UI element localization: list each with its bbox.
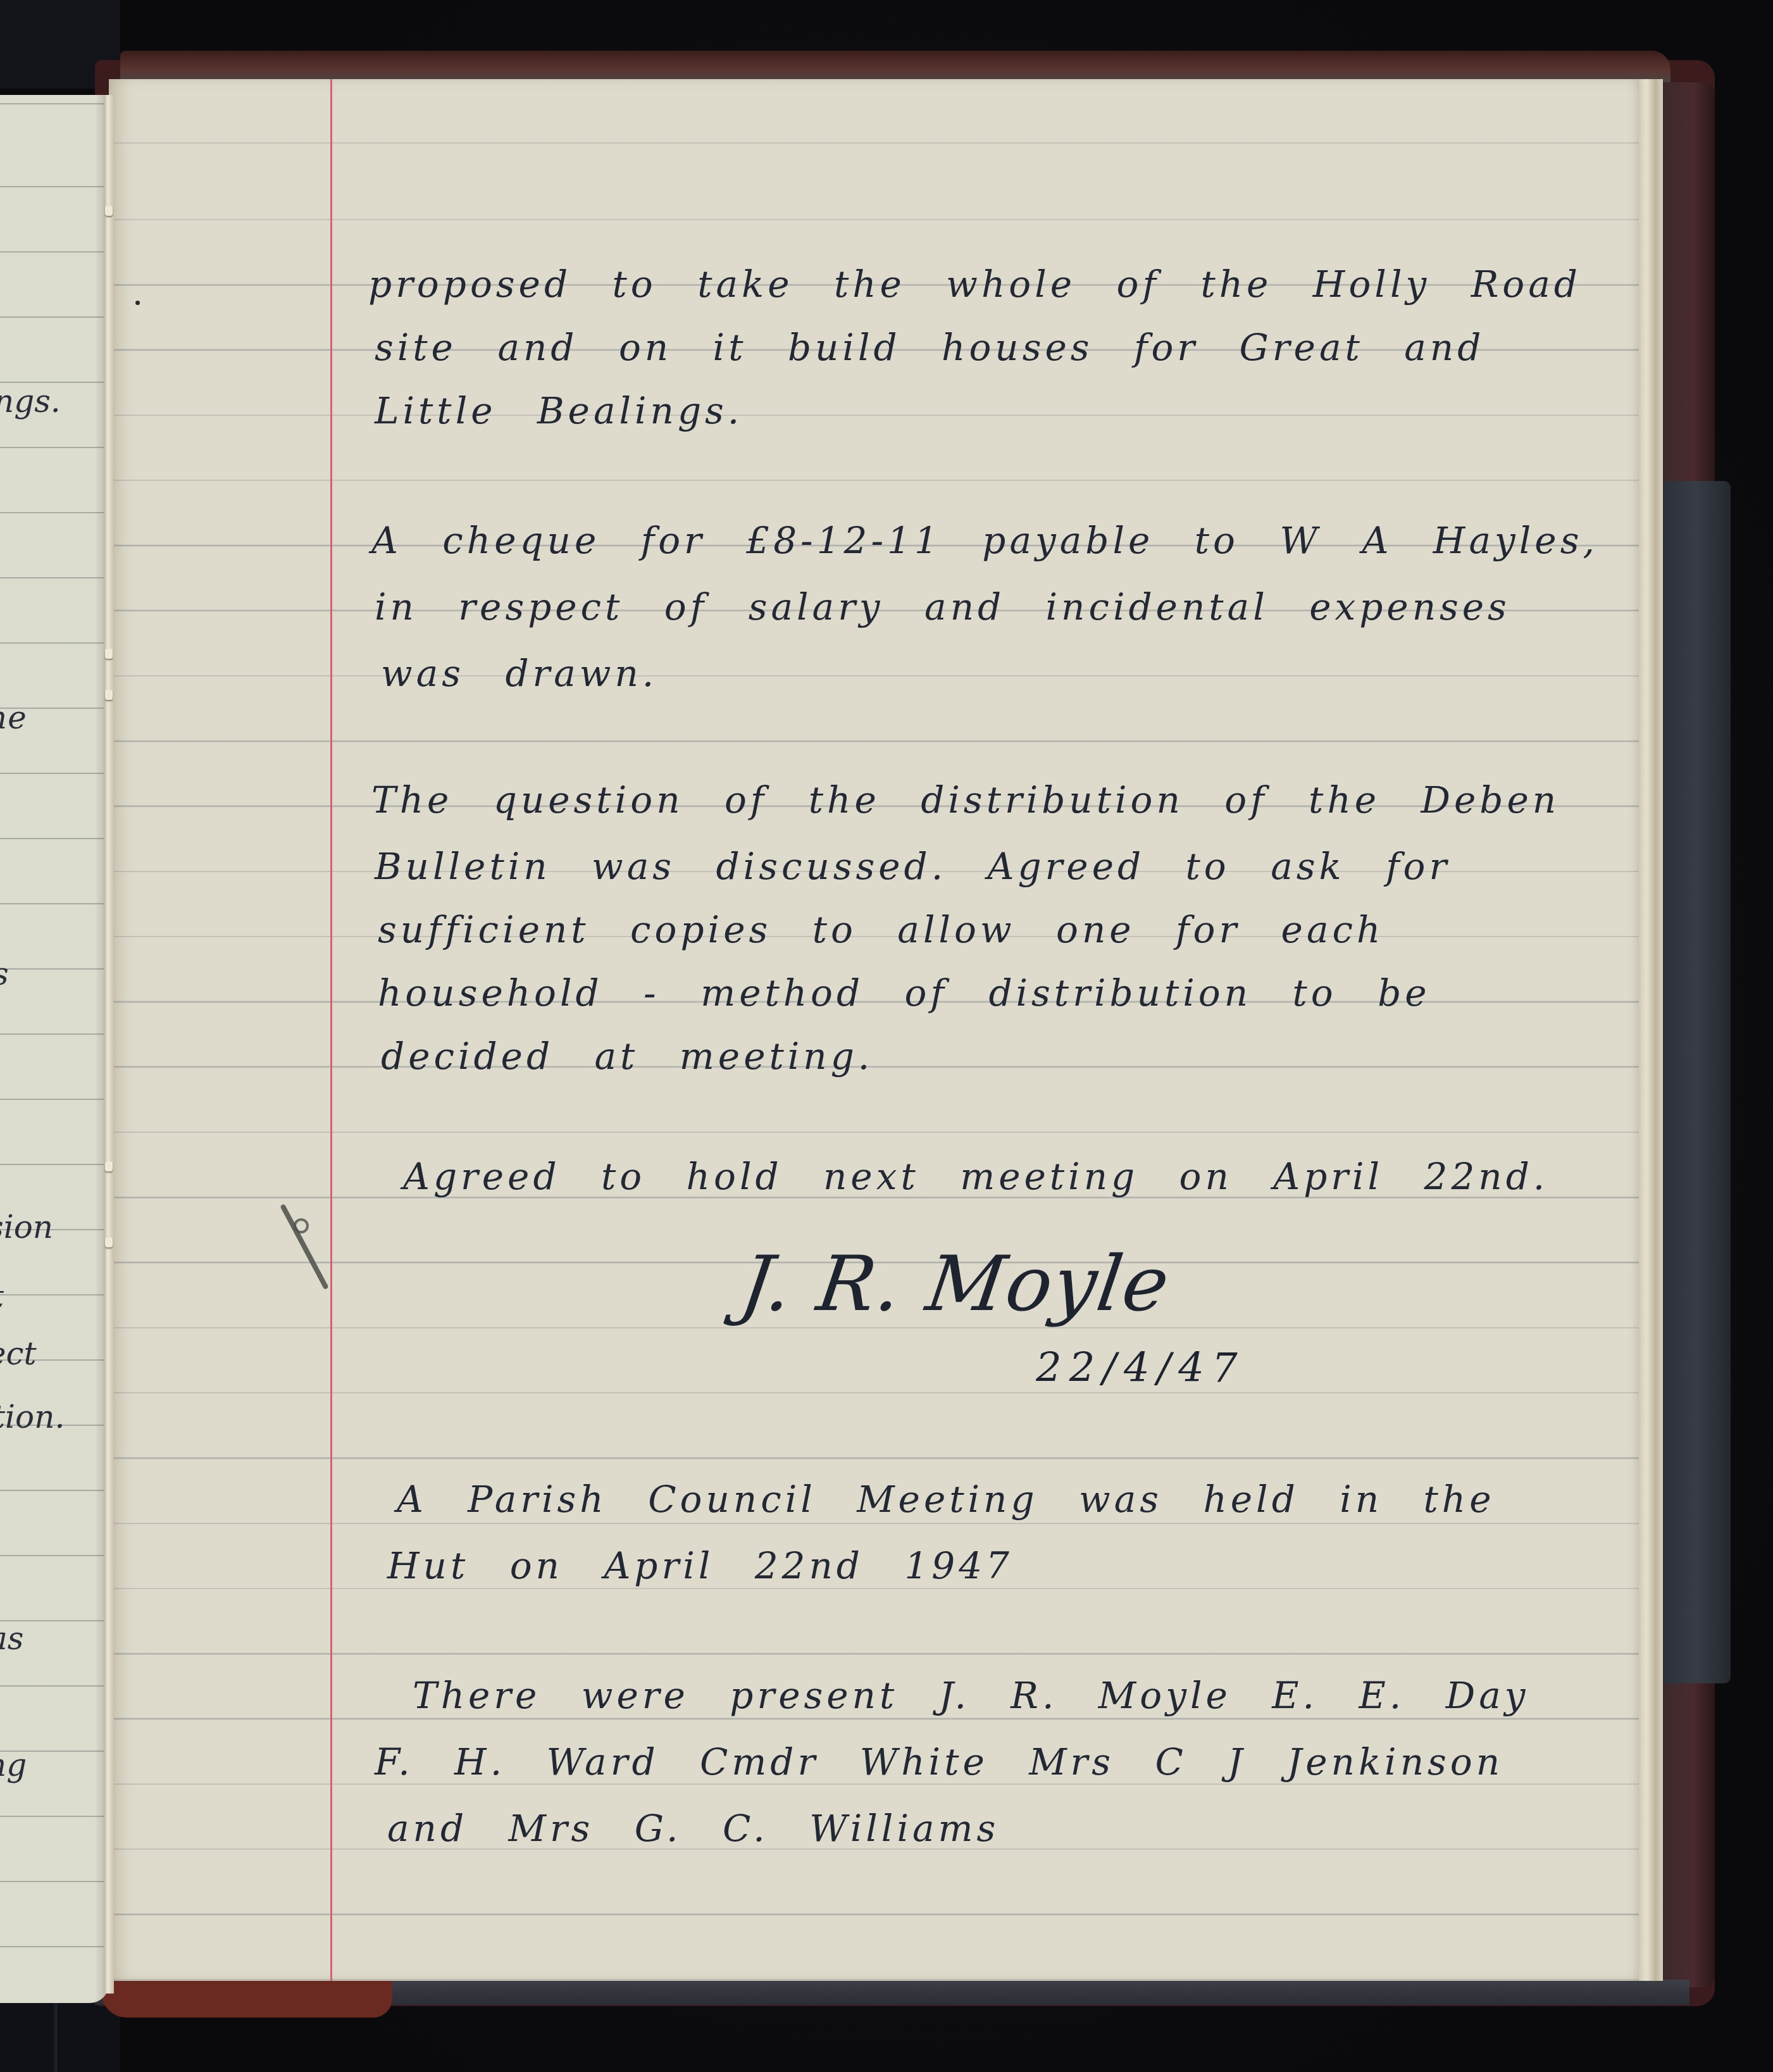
minute-line: was drawn.	[381, 652, 657, 695]
left-fragment: ng	[0, 1747, 27, 1783]
minute-line: The question of the distribution of the …	[371, 778, 1560, 821]
meeting-heading-line: Hut on April 22nd 1947	[387, 1544, 1013, 1587]
binding-stitch	[105, 649, 113, 659]
attendance-line: and Mrs G. C. Williams	[387, 1807, 999, 1850]
binding-stitch	[105, 1237, 113, 1247]
left-fragment: as	[0, 1620, 23, 1657]
minute-line: in respect of salary and incidental expe…	[375, 585, 1510, 628]
cover-bottom-worn-corner	[101, 1980, 392, 2018]
chairman-signature: J. R. Moyle	[735, 1240, 1176, 1328]
left-fragment: ngs.	[0, 383, 61, 420]
minute-line: sufficient copies to allow one for each	[378, 908, 1384, 951]
pencil-tick-icon	[280, 1204, 328, 1290]
red-margin-line	[330, 79, 332, 1981]
meeting-heading-line: A Parish Council Meeting was held in the	[397, 1478, 1495, 1521]
signature-date: 22/4/47	[1036, 1345, 1245, 1392]
binding-stitch	[105, 206, 113, 216]
minute-line: household - method of distribution to be	[378, 971, 1431, 1014]
ink-speck	[135, 301, 140, 305]
cover-repair-tape	[1661, 481, 1731, 1683]
left-page: ngs. the s sion t ect tion. as ng	[0, 95, 109, 2003]
attendance-line: F. H. Ward Cmdr White Mrs C J Jenkinson	[375, 1740, 1503, 1783]
right-page: proposed to take the whole of the Holly …	[109, 79, 1639, 1981]
attendance-line: There were present J. R. Moyle E. E. Day	[413, 1674, 1529, 1717]
gutter-fold	[104, 95, 114, 1994]
binding-stitch	[105, 690, 113, 700]
cover-top-edge	[120, 51, 1670, 82]
left-fragment: t	[0, 1278, 4, 1315]
minute-line: Little Bealings.	[375, 389, 743, 432]
left-fragment: ect	[0, 1335, 37, 1372]
minute-line: site and on it build houses for Great an…	[375, 326, 1484, 369]
binding-stitch	[105, 1161, 113, 1171]
minute-line: A cheque for £8-12-11 payable to W A Hay…	[371, 519, 1598, 562]
left-fragment: the	[0, 699, 27, 736]
left-fragment: sion	[0, 1209, 53, 1245]
left-fragment: s	[0, 956, 9, 992]
minute-line: Bulletin was discussed. Agreed to ask fo…	[375, 845, 1450, 888]
minute-line: proposed to take the whole of the Holly …	[368, 263, 1581, 306]
spine-edge	[54, 1994, 58, 2072]
minute-line: Agreed to hold next meeting on April 22n…	[403, 1155, 1548, 1198]
pencil-loop-mark	[294, 1218, 309, 1233]
left-fragment: tion.	[0, 1399, 65, 1435]
minute-line: decided at meeting.	[381, 1035, 873, 1078]
